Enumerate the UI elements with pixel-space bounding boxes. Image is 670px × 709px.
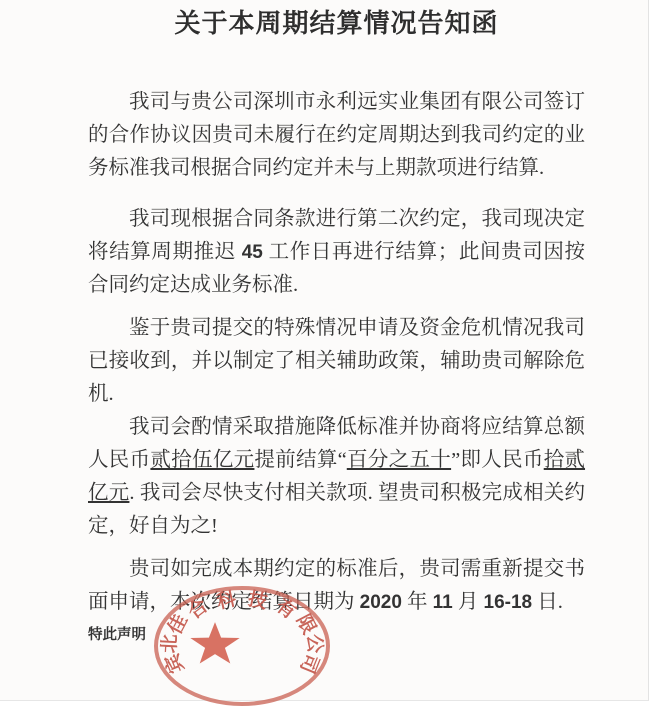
seal-company-name: 宾北佳合科技有限公司: [158, 587, 326, 677]
company-seal: 宾北佳合科技有限公司: [136, 584, 348, 709]
text-run: . 我司会尽快支付相关款项. 望贵司积极完成相关约定，好自为之!: [88, 482, 585, 537]
paragraph-second-agreement: 我司现根据合同条款进行第二次约定，我司现决定将结算周期推迟 45 工作日再进行结…: [88, 203, 585, 302]
text-run: 月: [453, 591, 484, 613]
text-run: 2020: [360, 592, 402, 613]
text-run: ”即人民币: [451, 449, 544, 471]
letter-title: 关于本周期结算情况告知函: [88, 8, 585, 38]
text-run: 日.: [532, 591, 563, 613]
paragraph-special-situation: 鉴于贵司提交的特殊情况申请及资金危机情况我司已接收到，并以制定了相关辅助政策，辅…: [88, 312, 585, 411]
paragraph-agreement: 我司与贵公司深圳市永利远实业集团有限公司签订的合作协议因贵司未履行在约定周期达到…: [88, 86, 585, 185]
text-run: 16-18: [484, 592, 533, 613]
paragraph-settlement-amount: 我司会酌情采取措施降低标准并协商将应结算总额人民币贰拾伍亿元提前结算“百分之五十…: [88, 411, 585, 543]
text-run: 45: [242, 242, 263, 263]
seal-star-icon: [190, 622, 239, 663]
scanned-letter: 关于本周期结算情况告知函 我司与贵公司深圳市永利远实业集团有限公司签订的合作协议…: [0, 0, 649, 701]
text-run: 提前结算“: [254, 449, 346, 471]
text-run: 贰拾伍亿元: [150, 449, 254, 471]
text-run: 鉴于贵司提交的特殊情况申请及资金危机情况我司已接收到，并以制定了相关辅助政策，辅…: [88, 317, 585, 405]
text-run: 我司与贵公司深圳市永利远实业集团有限公司签订的合作协议因贵司未履行在约定周期达到…: [88, 91, 585, 179]
text-run: 年: [402, 591, 433, 613]
text-run: 百分之五十: [347, 449, 451, 471]
seal-char: 北: [158, 634, 181, 654]
letter-content: 关于本周期结算情况告知函 我司与贵公司深圳市永利远实业集团有限公司签订的合作协议…: [88, 0, 585, 644]
text-run: 11: [433, 592, 453, 613]
seal-ring-icon: [156, 588, 328, 704]
